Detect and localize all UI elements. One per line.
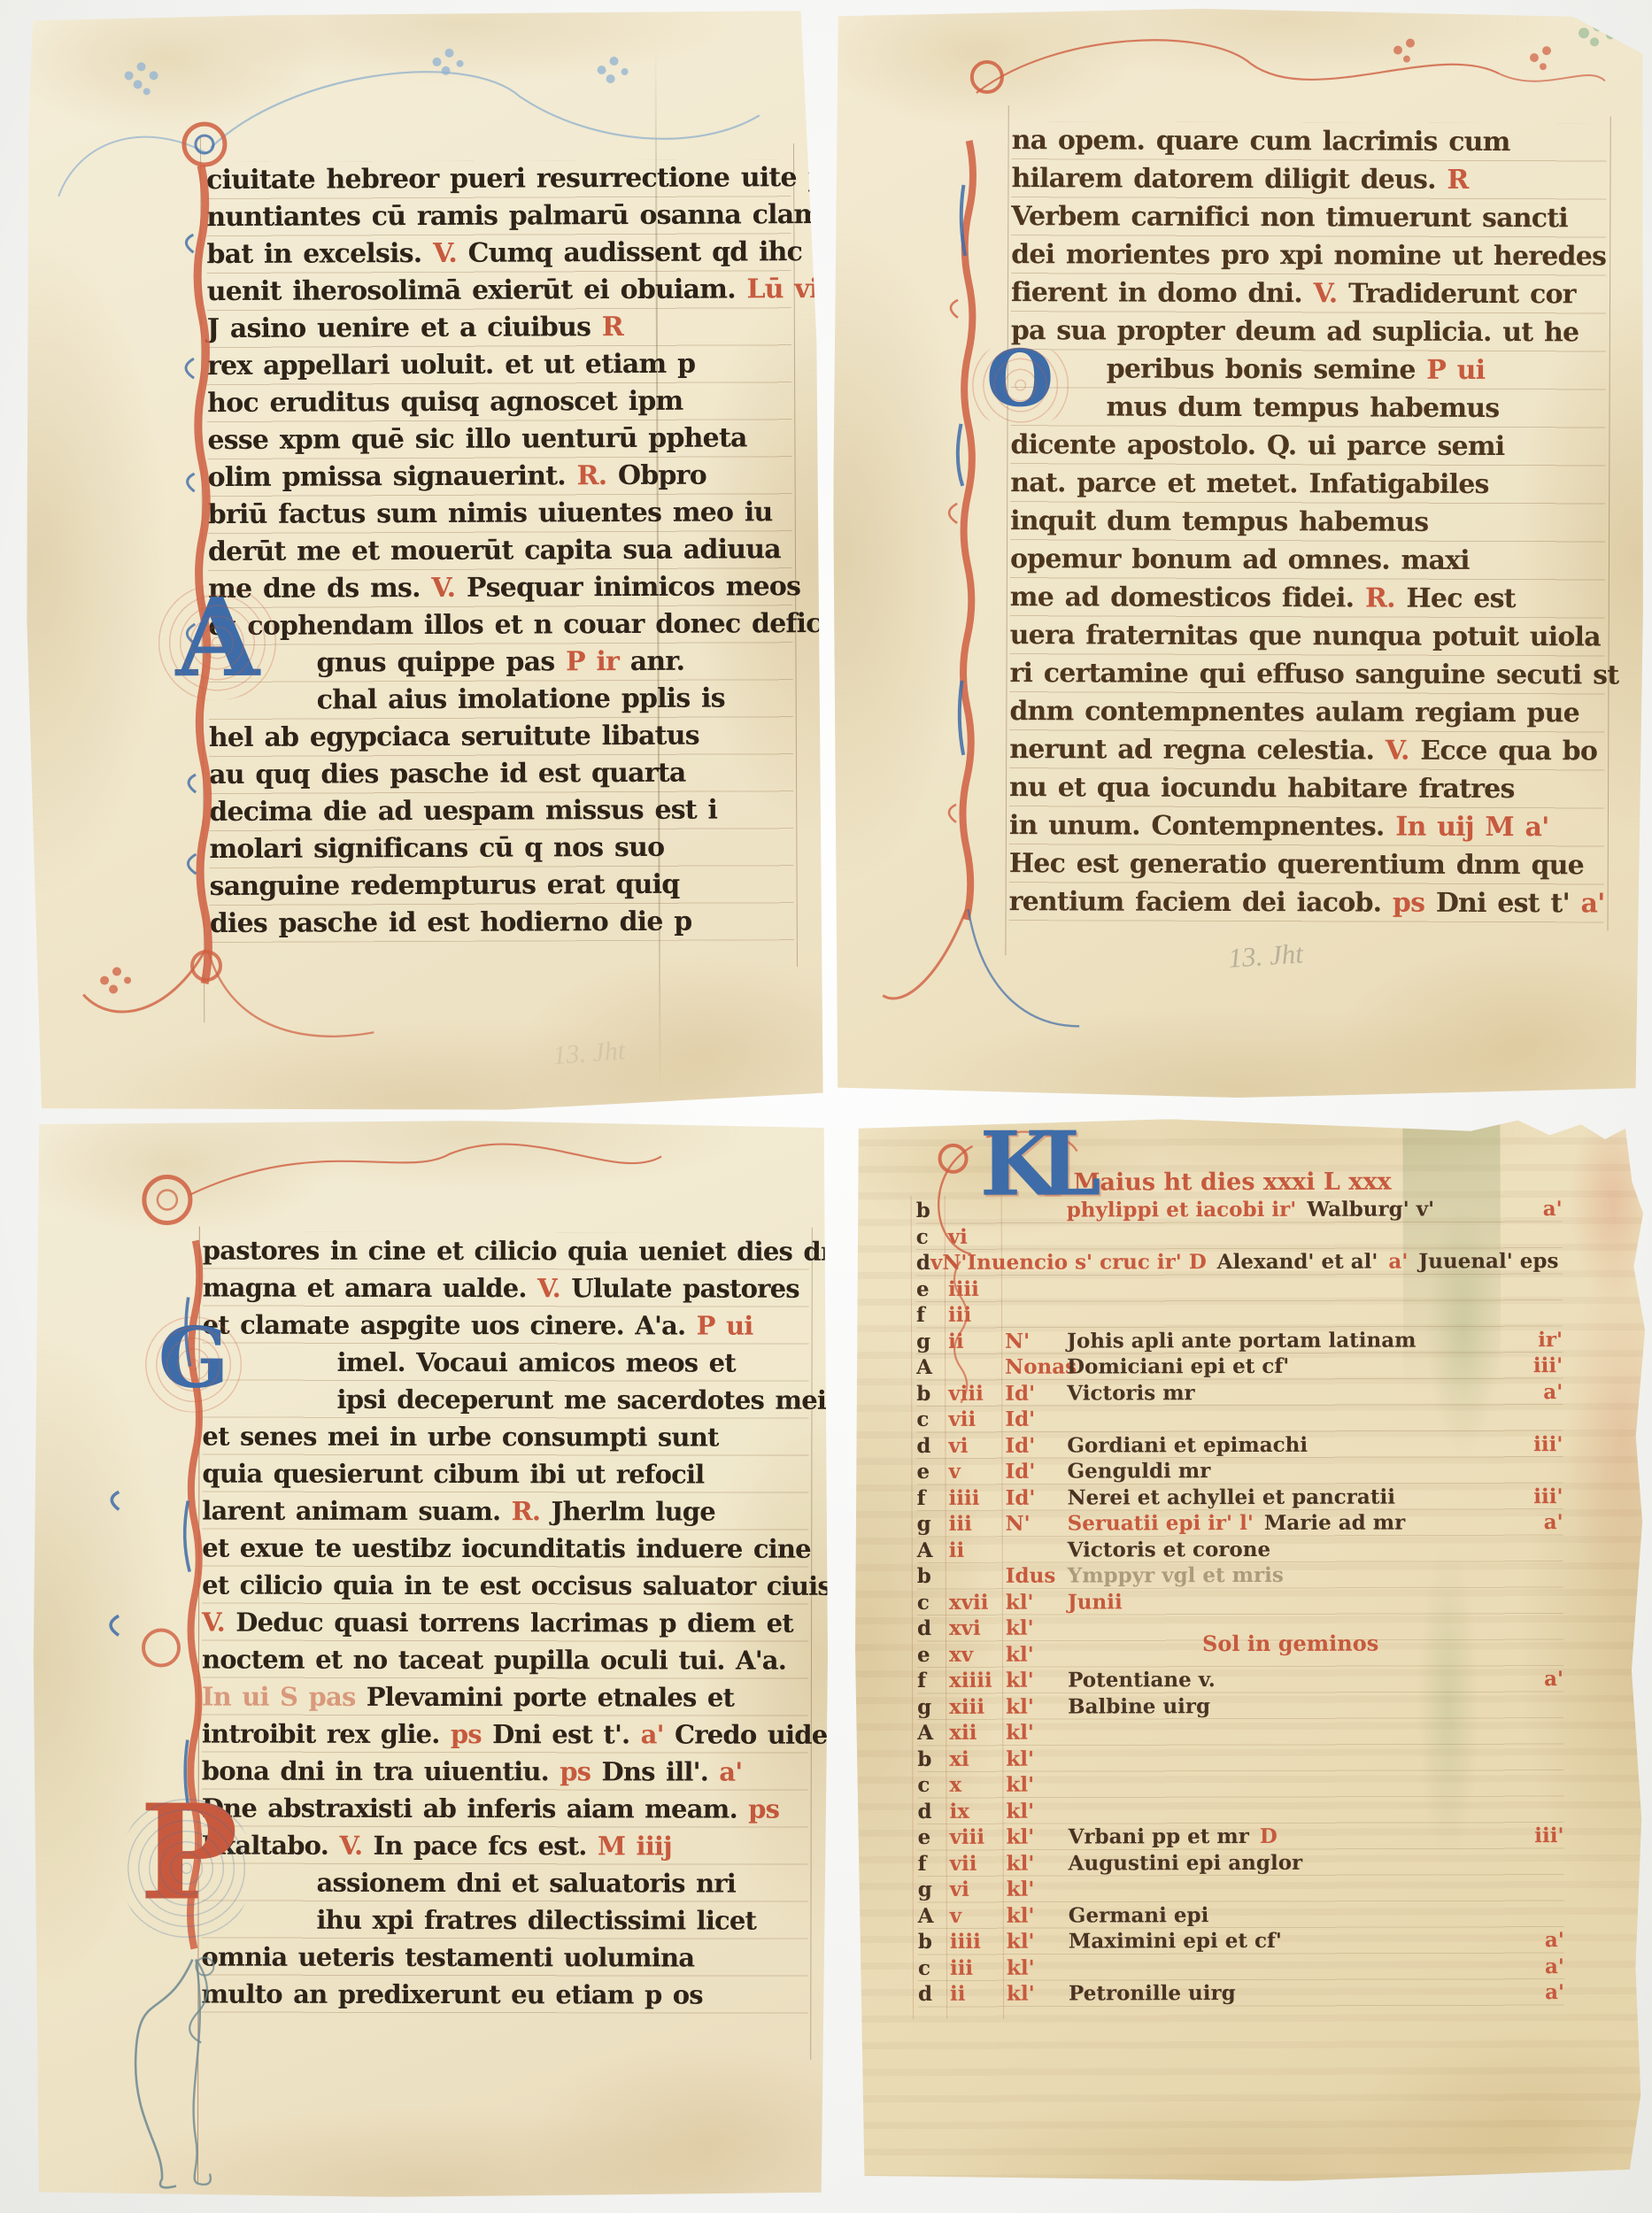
text-block: pastores in cine et cilicio quia ueniet … bbox=[201, 1232, 809, 2014]
dominical-letter: e bbox=[916, 1459, 948, 1485]
kalends-abbreviation: kl' bbox=[1006, 1772, 1068, 1799]
calendar-day-row: d v N' Inuencio s' cruc ir' DAlexand' et… bbox=[916, 1248, 1563, 1276]
feast-entry: Maximini epi et cf' bbox=[1069, 1927, 1502, 1955]
calendar-day-row: b Idus Ymppyr vgl et mris bbox=[917, 1561, 1563, 1589]
calendar-day-row: d vi Id' Gordiani et epimachi iii' bbox=[916, 1431, 1563, 1459]
calendar-day-row: b xi kl' bbox=[917, 1745, 1563, 1772]
margin-grade-note: a' bbox=[1502, 1927, 1564, 1954]
text-segment: R bbox=[1447, 165, 1468, 196]
text-segment: P ui bbox=[697, 1311, 753, 1341]
calendar-day-row: f xiiii kl' Potentiane v. a' bbox=[917, 1666, 1563, 1693]
dominical-letter: b bbox=[917, 1563, 949, 1590]
calendar-entry-segment: Marie ad mr bbox=[1264, 1511, 1405, 1535]
text-segment: Verbem carnifici non timuerunt sancti bbox=[1011, 201, 1568, 234]
manuscript-text-line: chal aius imolatione pplis is bbox=[209, 680, 793, 720]
text-segment: V. bbox=[202, 1608, 235, 1638]
text-segment: olim pmissa signauerint. bbox=[208, 460, 577, 493]
manuscript-text-line: inquit dum tempus habemus bbox=[1010, 502, 1605, 542]
kalends-abbreviation: N' bbox=[942, 1250, 967, 1276]
manuscript-text-line: in unum. Contempnentes. In uij M a' bbox=[1009, 806, 1604, 846]
golden-number: vi bbox=[950, 1877, 1007, 1903]
kalends-abbreviation: kl' bbox=[1007, 1877, 1069, 1903]
feast-entry bbox=[1067, 1424, 1501, 1425]
calendar-day-row: e iiii bbox=[916, 1275, 1563, 1302]
kalends-abbreviation: Id' bbox=[1005, 1380, 1067, 1407]
kalends-abbreviation: kl' bbox=[1006, 1641, 1068, 1668]
dominical-letter: g bbox=[918, 1877, 950, 1903]
text-segment: Ululate pastores bbox=[571, 1273, 799, 1303]
margin-grade-note: iii' bbox=[1502, 1823, 1564, 1849]
text-segment: R. bbox=[576, 460, 618, 491]
dominical-letter: d bbox=[918, 1981, 950, 2008]
manuscript-text-line: hoc eruditus quisq agnoscet ipm bbox=[207, 382, 791, 422]
calendar-entry-segment: a' bbox=[1388, 1250, 1408, 1274]
calendar-entry-segment: Seruatii epi ir' l' bbox=[1068, 1511, 1254, 1536]
text-segment: Psequar inimicos meos bbox=[467, 571, 800, 604]
text-segment: Dni est t'. bbox=[492, 1719, 641, 1749]
dominical-letter: b bbox=[916, 1198, 948, 1224]
manuscript-text-line: V. Deduc quasi torrens lacrimas p diem e… bbox=[202, 1604, 808, 1642]
golden-number: v bbox=[950, 1902, 1007, 1929]
golden-number: xvii bbox=[949, 1589, 1006, 1615]
feast-entry bbox=[1068, 1816, 1501, 1817]
text-segment: fierent in domo dni. bbox=[1011, 277, 1314, 309]
margin-grade-note: ir' bbox=[1501, 1327, 1563, 1353]
text-segment: ri certamine qui effuso sanguine secuti … bbox=[1009, 658, 1618, 690]
calendar-entry-segment: Potentiane v. bbox=[1068, 1668, 1216, 1692]
manuscript-text-line: esse xpm quē sic illo uenturū ppheta bbox=[207, 420, 791, 459]
feast-entry: Potentiane v. bbox=[1068, 1666, 1501, 1693]
calendar-day-row: c x kl' bbox=[917, 1770, 1563, 1798]
calendar-day-row: f vii kl' Augustini epi anglor bbox=[918, 1849, 1564, 1877]
dominical-letter: f bbox=[917, 1484, 949, 1511]
dominical-letter: b bbox=[916, 1380, 948, 1407]
manuscript-text-line: noctem et no taceat pupilla oculi tui. A… bbox=[202, 1641, 808, 1679]
feast-entry: Domiciani epi et cf' bbox=[1067, 1353, 1501, 1380]
feast-entry: Augustini epi anglor bbox=[1069, 1849, 1502, 1877]
manuscript-text-line: molari significans cū q nos suo bbox=[209, 829, 793, 868]
illuminated-initial-A: A bbox=[175, 590, 259, 686]
calendar-entry-segment: Alexand' et al' bbox=[1217, 1250, 1378, 1274]
dominical-letter: d bbox=[916, 1250, 930, 1276]
manuscript-text-line: uera fraternitas que nunqua potuit uiola bbox=[1010, 616, 1605, 656]
feast-entry: Petronille uirg bbox=[1069, 1979, 1502, 2007]
golden-number: vi bbox=[948, 1432, 1005, 1459]
manuscript-text-line: pa sua propter deum ad suplicia. ut he bbox=[1011, 312, 1606, 351]
manuscript-text-line: mus dum tempus habemus bbox=[1011, 388, 1606, 428]
calendar-day-row: A ii Victoris et corone bbox=[917, 1536, 1563, 1563]
text-segment: R. bbox=[512, 1496, 552, 1526]
text-segment: nu et qua iocundu habitare fratres bbox=[1009, 772, 1515, 805]
vellum-surface: pastores in cine et cilicio quia ueniet … bbox=[31, 1120, 829, 2198]
manuscript-text-line: ihu xpi fratres dilectissimi licet bbox=[201, 1901, 807, 1939]
vellum-surface: ciuitate hebreor pueri resurrectione uit… bbox=[24, 11, 822, 1112]
calendar-entry-segment: Balbine uirg bbox=[1068, 1694, 1210, 1718]
manuscript-text-line: decima die ad uespam missus est i bbox=[209, 791, 793, 831]
manuscript-text-line: na opem. quare cum lacrimis cum bbox=[1012, 121, 1607, 161]
calendar-day-row: f iii bbox=[916, 1300, 1563, 1328]
manuscript-text-line: hel ab egypciaca seruitute libatus bbox=[209, 717, 793, 757]
manuscript-text-line: ri certamine qui effuso sanguine secuti … bbox=[1009, 654, 1604, 694]
manuscript-text-line: opemur bonum ad omnes. maxi bbox=[1010, 540, 1605, 580]
calendar-entry-segment: Victoris et corone bbox=[1068, 1537, 1270, 1561]
golden-number: ix bbox=[949, 1798, 1006, 1824]
text-segment: In ui S pas bbox=[202, 1682, 367, 1712]
margin-grade-note: a' bbox=[1501, 1196, 1563, 1222]
text-segment: a' bbox=[641, 1719, 675, 1749]
calendar-day-row: c iii kl' a' bbox=[918, 1954, 1564, 1981]
text-segment: peribus bonis semine bbox=[1107, 353, 1427, 385]
golden-number: viii bbox=[950, 1824, 1007, 1851]
text-segment: na opem. quare cum lacrimis cum bbox=[1012, 125, 1510, 158]
text-segment: P ui bbox=[1426, 355, 1485, 386]
text-segment: dicente apostolo. Q. ui parce semi bbox=[1010, 429, 1504, 462]
text-block: na opem. quare cum lacrimis cum hilarem … bbox=[1009, 121, 1607, 922]
text-segment: dnm contempnentes aulam regiam pue bbox=[1009, 696, 1579, 729]
manuscript-text-line: rentium faciem dei iacob. ps Dni est t' … bbox=[1009, 883, 1604, 922]
text-segment: quia quesierunt cibum ibi ut refocil bbox=[202, 1459, 704, 1490]
manuscript-text-line: fierent in domo dni. V. Tradiderunt cor bbox=[1011, 274, 1606, 313]
golden-number: xi bbox=[949, 1746, 1006, 1772]
kalends-abbreviation: Id' bbox=[1005, 1432, 1067, 1459]
text-segment: assionem dni et saluatoris nri bbox=[317, 1868, 736, 1899]
golden-number: viii bbox=[948, 1380, 1005, 1407]
text-segment: me ad domesticos fidei. bbox=[1010, 582, 1365, 613]
golden-number: v bbox=[948, 1459, 1005, 1485]
manuscript-text-line: nerunt ad regna celestia. V. Ecce qua bo bbox=[1009, 730, 1604, 770]
text-segment: au quq dies pasche id est quarta bbox=[209, 758, 686, 790]
margin-grade-note: a' bbox=[1501, 1379, 1563, 1406]
text-segment: larent animam suam. bbox=[202, 1496, 511, 1527]
golden-number: iiii bbox=[948, 1276, 1005, 1302]
text-segment: ps bbox=[560, 1756, 601, 1786]
feast-entry: Seruatii epi ir' l'Marie ad mr bbox=[1068, 1509, 1501, 1537]
dominical-letter: g bbox=[917, 1511, 949, 1538]
manuscript-text-line: dei morientes pro xpi nomine ut heredes bbox=[1011, 235, 1606, 275]
text-segment: Ecce qua bo bbox=[1420, 736, 1597, 767]
dominical-letter: g bbox=[917, 1693, 949, 1720]
golden-number: vii bbox=[948, 1407, 1005, 1433]
feast-entry: Nerei et achyllei et pancratii bbox=[1068, 1484, 1501, 1511]
calendar-entry-segment: Ymppyr vgl et mris bbox=[1068, 1563, 1284, 1588]
golden-number: xv bbox=[949, 1641, 1006, 1668]
dominical-letter: A bbox=[917, 1537, 949, 1563]
illuminated-initial-G: G bbox=[158, 1322, 229, 1395]
feast-entry: Victoris et corone bbox=[1068, 1536, 1501, 1563]
text-segment: briū factus sum nimis uiuentes meo iu bbox=[208, 497, 773, 530]
text-segment: bona dni in tra uiuentiu. bbox=[202, 1756, 560, 1787]
calendar-entry-segment: Maximini epi et cf' bbox=[1069, 1929, 1282, 1954]
golden-number: xvi bbox=[949, 1615, 1006, 1642]
text-segment: ihu xpi fratres dilectissimi licet bbox=[316, 1905, 756, 1936]
text-segment: In pace fcs est. bbox=[374, 1831, 598, 1861]
golden-number: iii bbox=[948, 1302, 1005, 1329]
manuscript-leaf-top-left: ciuitate hebreor pueri resurrectione uit… bbox=[24, 11, 822, 1112]
manuscript-text-line: multo an predixerunt eu etiam p os bbox=[201, 1976, 807, 2014]
manuscript-text-line: me ad domesticos fidei. R. Hec est bbox=[1010, 578, 1605, 618]
manuscript-text-line: pastores in cine et cilicio quia ueniet … bbox=[203, 1232, 809, 1270]
dominical-letter: f bbox=[916, 1302, 948, 1329]
golden-number: iii bbox=[950, 1955, 1007, 1981]
calendar-day-row: g ii N' Johis apli ante portam latinam i… bbox=[916, 1327, 1563, 1354]
manuscript-text-line: Verbem carnifici non timuerunt sancti bbox=[1011, 197, 1606, 237]
kalends-abbreviation: kl' bbox=[1006, 1589, 1068, 1615]
text-segment: R bbox=[602, 312, 623, 343]
golden-number: xiii bbox=[949, 1693, 1006, 1720]
manuscript-text-line: et cophendam illos et n couar donec defi… bbox=[208, 605, 792, 645]
golden-number: iii bbox=[949, 1511, 1006, 1538]
kalends-abbreviation: kl' bbox=[1006, 1693, 1068, 1720]
feast-entry bbox=[1068, 1738, 1501, 1739]
kalends-abbreviation: kl' bbox=[1007, 1955, 1069, 1981]
dominical-letter: A bbox=[917, 1720, 949, 1746]
manuscript-text-line: sanguine redempturus erat quiq bbox=[210, 866, 794, 906]
text-segment: et cophendam illos et n couar donec defi… bbox=[208, 608, 822, 642]
dominical-letter: e bbox=[916, 1276, 948, 1302]
feast-entry bbox=[1068, 1790, 1501, 1791]
text-segment: V. bbox=[433, 238, 468, 269]
text-segment: magna et amara ualde. bbox=[203, 1273, 537, 1304]
golden-number: ii bbox=[948, 1328, 1005, 1354]
text-segment: mus dum tempus habemus bbox=[1107, 391, 1500, 424]
manuscript-text-line: nuntiantes cū ramis palmarū osanna clama bbox=[206, 197, 791, 236]
manuscript-text-line: assionem dni et saluatoris nri bbox=[202, 1864, 808, 1902]
text-segment: sanguine redempturus erat quiq bbox=[210, 869, 680, 902]
manuscript-text-line: dies pasche id est hodierno die p bbox=[210, 903, 794, 943]
calendar-entry-segment: Johis apli ante portam latinam bbox=[1067, 1328, 1416, 1353]
calendar-day-row: e viii kl' Vrbani pp et mrD iii' bbox=[918, 1823, 1564, 1850]
calendar-day-row: b iiii kl' Maximini epi et cf' a' bbox=[918, 1927, 1564, 1955]
text-segment: V. bbox=[537, 1273, 571, 1303]
calendar-day-row: g iii N' Seruatii epi ir' l'Marie ad mr … bbox=[917, 1509, 1563, 1537]
text-segment: Dni est t' bbox=[1436, 888, 1581, 920]
dominical-letter: d bbox=[916, 1432, 948, 1459]
calendar-month-heading: Maius ht dies xxxi L xxx bbox=[1074, 1168, 1392, 1197]
golden-number: xiiii bbox=[949, 1668, 1006, 1694]
kalends-abbreviation: Id' bbox=[1005, 1459, 1067, 1485]
pencil-annotation: 13. Jht bbox=[552, 1036, 626, 1071]
dominical-letter: A bbox=[918, 1902, 950, 1929]
text-segment: V. bbox=[431, 573, 467, 604]
manuscript-text-line: In ui S pas Plevamini porte etnales et bbox=[202, 1678, 808, 1716]
kalends-abbreviation: kl' bbox=[1007, 1824, 1069, 1851]
text-segment: anr. bbox=[619, 646, 684, 677]
feast-entry: Ymppyr vgl et mris bbox=[1068, 1561, 1501, 1589]
text-segment: Hec est generatio querentium dnm que bbox=[1009, 848, 1584, 881]
manuscript-text-line: quia quesierunt cibum ibi ut refocil bbox=[202, 1455, 808, 1493]
calendar-day-row: c vi bbox=[916, 1222, 1563, 1250]
kalends-abbreviation: kl' bbox=[1006, 1668, 1068, 1694]
text-segment: noctem et no taceat pupilla oculi tui. A… bbox=[202, 1645, 786, 1676]
calendar-entry-segment: Augustini epi anglor bbox=[1069, 1850, 1303, 1875]
text-segment: V. bbox=[339, 1831, 373, 1861]
text-segment: Credo uide bbox=[675, 1719, 827, 1749]
text-block: ciuitate hebreor pueri resurrectione uit… bbox=[206, 159, 794, 943]
text-segment: gnus quippe pas bbox=[316, 646, 566, 678]
kalends-abbreviation: kl' bbox=[1006, 1746, 1068, 1772]
text-segment: hilarem datorem diligit deus. bbox=[1011, 163, 1447, 196]
calendar-column-rule bbox=[911, 1196, 914, 2019]
calendar-day-row: g vi kl' bbox=[918, 1875, 1564, 1902]
manuscript-text-line: Hec est generatio querentium dnm que bbox=[1009, 844, 1604, 884]
manuscript-text-line: me dne ds ms. V. Psequar inimicos meos bbox=[208, 568, 792, 608]
text-segment: ciuitate hebreor pueri resurrectione uit… bbox=[206, 162, 823, 196]
dominical-letter: d bbox=[917, 1798, 949, 1824]
calendar-day-row: A xii kl' bbox=[917, 1718, 1563, 1746]
kalends-abbreviation: kl' bbox=[1006, 1615, 1068, 1642]
calendar-entry-segment: Petronille uirg bbox=[1069, 1981, 1236, 2005]
text-segment: nuntiantes cū ramis palmarū osanna clama bbox=[206, 199, 822, 233]
feast-entry bbox=[1069, 1894, 1502, 1895]
text-segment: V. bbox=[1313, 278, 1348, 309]
golden-number: vii bbox=[950, 1850, 1007, 1877]
text-segment: Lū vi bbox=[746, 274, 818, 305]
manuscript-leaf-bottom-right-calendar: KL Maius ht dies xxxi L xxx b phylippi e… bbox=[853, 1118, 1647, 2182]
manuscript-leaf-bottom-left: pastores in cine et cilicio quia ueniet … bbox=[31, 1120, 829, 2198]
feast-entry bbox=[1069, 1973, 1502, 1974]
text-segment: et exue te uestibz iocunditatis induere … bbox=[202, 1533, 811, 1564]
feast-entry bbox=[1067, 1294, 1501, 1295]
text-segment: molari significans cū q nos suo bbox=[209, 832, 664, 865]
calendar-day-row: d ix kl' bbox=[917, 1797, 1563, 1824]
text-segment: uenit iherosolimā exierūt ei obuiam. bbox=[207, 274, 747, 307]
manuscript-text-line: et clamate aspgite uos cinere. A'a. P ui bbox=[203, 1307, 809, 1345]
text-segment: Jherlm luge bbox=[552, 1496, 715, 1526]
text-segment: et cilicio quia in te est occisus saluat… bbox=[202, 1570, 829, 1601]
margin-ruling-right bbox=[810, 1228, 813, 2060]
text-segment: introibit rex glie. bbox=[202, 1719, 451, 1749]
manuscript-text-line: peribus bonis semine P ui bbox=[1011, 350, 1606, 389]
dominical-letter: c bbox=[916, 1223, 948, 1250]
dominical-letter: f bbox=[917, 1668, 949, 1694]
manuscript-text-line: J asino uenire et a ciuibus R bbox=[207, 308, 791, 348]
photo-backdrop: { "description": "Four medieval manuscri… bbox=[0, 0, 1652, 2213]
golden-number: iiii bbox=[949, 1484, 1006, 1511]
text-segment: R. bbox=[1365, 582, 1407, 613]
golden-number: x bbox=[949, 1772, 1006, 1799]
manuscript-text-line: dnm contempnentes aulam regiam pue bbox=[1009, 692, 1604, 732]
feast-entry bbox=[1067, 1320, 1501, 1321]
calendar-day-row: b viii Id' Victoris mr a' bbox=[916, 1379, 1563, 1407]
dominical-letter: c bbox=[917, 1772, 949, 1799]
calendar-day-row: e v Id' Genguldi mr bbox=[916, 1457, 1563, 1484]
feast-entry: Inuencio s' cruc ir' DAlexand' et al'a'J… bbox=[967, 1248, 1558, 1276]
text-segment: In uij M a' bbox=[1395, 812, 1548, 844]
calendar-day-row: f iiii Id' Nerei et achyllei et pancrati… bbox=[917, 1484, 1563, 1511]
manuscript-text-line: ciuitate hebreor pueri resurrectione uit… bbox=[206, 159, 791, 199]
text-segment: esse xpm quē sic illo uenturū ppheta bbox=[207, 422, 746, 456]
calendar-entry-segment: Genguldi mr bbox=[1067, 1459, 1210, 1483]
golden-number: ii bbox=[949, 1537, 1006, 1563]
text-segment: rentium faciem dei iacob. bbox=[1009, 886, 1393, 919]
text-segment: pastores in cine et cilicio quia ueniet … bbox=[203, 1236, 829, 1267]
manuscript-text-line: Dne abstraxisti ab inferis aiam meam. ps bbox=[202, 1790, 808, 1828]
text-segment: Cumq audissent qd ihc bbox=[468, 236, 803, 269]
kalends-abbreviation: kl' bbox=[1007, 1929, 1069, 1955]
calendar-day-row: A v kl' Germani epi bbox=[918, 1901, 1564, 1929]
dominical-letter: e bbox=[918, 1824, 950, 1851]
calendar-day-row: d ii kl' Petronille uirg a' bbox=[918, 1979, 1564, 2007]
text-segment: omnia ueteris testamenti uolumina bbox=[201, 1942, 694, 1973]
text-segment: hoc eruditus quisq agnoscet ipm bbox=[207, 386, 683, 419]
dominical-letter: g bbox=[916, 1328, 948, 1354]
kalends-abbreviation: Idus bbox=[1006, 1563, 1068, 1590]
manuscript-text-line: nu et qua iocundu habitare fratres bbox=[1009, 768, 1604, 808]
text-segment: chal aius imolatione pplis is bbox=[317, 683, 725, 716]
manuscript-text-line: bat in excelsis. V. Cumq audissent qd ih… bbox=[206, 234, 791, 274]
kalends-abbreviation: kl' bbox=[1007, 1902, 1069, 1929]
golden-number: vi bbox=[948, 1223, 1005, 1250]
text-segment: decima die ad uespam missus est i bbox=[209, 795, 717, 829]
text-segment: Dns ill'. bbox=[601, 1756, 719, 1786]
kalends-abbreviation: Nonas bbox=[1005, 1354, 1067, 1381]
calendar-entry-segment: Vrbani pp et mr bbox=[1069, 1824, 1249, 1849]
manuscript-text-line: et cilicio quia in te est occisus saluat… bbox=[202, 1567, 808, 1605]
vellum-surface: na opem. quare cum lacrimis cum hilarem … bbox=[831, 7, 1646, 1099]
calendar-entry-segment: Inuencio s' cruc ir' D bbox=[967, 1250, 1206, 1275]
text-segment: Plevamini porte etnales et bbox=[367, 1682, 734, 1713]
manuscript-text-line: hilarem datorem diligit deus. R bbox=[1011, 159, 1606, 199]
illuminated-initial-P: P bbox=[140, 1794, 239, 1909]
calendar-entry-segment: D bbox=[1260, 1824, 1278, 1848]
kalends-abbreviation: N' bbox=[1006, 1511, 1068, 1538]
dominical-letter: f bbox=[918, 1850, 950, 1877]
manuscript-text-line: gnus quippe pas P ir anr. bbox=[208, 643, 792, 682]
dominical-letter: b bbox=[917, 1746, 949, 1772]
margin-grade-note: a' bbox=[1501, 1509, 1563, 1536]
kalends-abbreviation: kl' bbox=[1006, 1720, 1068, 1746]
text-segment: P ir bbox=[566, 646, 619, 677]
manuscript-leaf-top-right: na opem. quare cum lacrimis cum hilarem … bbox=[831, 7, 1646, 1099]
manuscript-text-line: bona dni in tra uiuentiu. ps Dns ill'. a… bbox=[202, 1753, 808, 1791]
manuscript-text-line: larent animam suam. R. Jherlm luge bbox=[202, 1492, 808, 1531]
feast-entry: Victoris mr bbox=[1067, 1379, 1501, 1407]
calendar-rows: b phylippi et iacobi ir'Walburg' v' a' c… bbox=[916, 1196, 1564, 2007]
manuscript-text-line: nat. parce et metet. Infatigabiles bbox=[1010, 464, 1605, 504]
calendar-entry-segment: Germani epi bbox=[1069, 1903, 1209, 1927]
dominical-letter: c bbox=[917, 1589, 949, 1615]
feast-entry: Germani epi bbox=[1069, 1901, 1502, 1929]
text-segment: derūt me et mouerūt capita sua adiuua bbox=[208, 534, 781, 567]
text-segment: in unum. Contempnentes. bbox=[1009, 810, 1395, 843]
dominical-letter: c bbox=[916, 1407, 948, 1433]
margin-grade-note: a' bbox=[1501, 1666, 1563, 1693]
zodiac-note: Sol in geminos bbox=[1202, 1631, 1378, 1657]
golden-number: xii bbox=[949, 1720, 1006, 1746]
kalends-abbreviation: kl' bbox=[1007, 1850, 1069, 1877]
text-segment: et senes mei in urbe consumpti sunt bbox=[202, 1422, 718, 1453]
feast-entry: Gordiani et epimachi bbox=[1067, 1431, 1501, 1459]
dominical-letter: d bbox=[917, 1615, 949, 1642]
calendar-day-row: c xvii kl' Junii bbox=[917, 1588, 1563, 1615]
text-segment: rex appellari uoluit. et ut etiam p bbox=[207, 349, 695, 382]
text-segment: bat in excelsis. bbox=[206, 238, 433, 270]
feast-entry: Johis apli ante portam latinam bbox=[1067, 1327, 1501, 1354]
text-segment: multo an predixerunt eu etiam p os bbox=[201, 1979, 703, 2010]
text-segment: J asino uenire et a ciuibus bbox=[207, 312, 602, 344]
dominical-letter: e bbox=[917, 1641, 949, 1668]
manuscript-text-line: magna et amara ualde. V. Ululate pastore… bbox=[203, 1269, 809, 1307]
dominical-letter: A bbox=[916, 1354, 948, 1381]
golden-number: ii bbox=[950, 1981, 1007, 2008]
feast-entry bbox=[1068, 1660, 1501, 1661]
text-segment: et clamate aspgite uos cinere. A'a. bbox=[203, 1310, 697, 1341]
manuscript-text-line: omnia ueteris testamenti uolumina bbox=[201, 1939, 807, 1977]
calendar-day-row: g xiii kl' Balbine uirg bbox=[917, 1693, 1563, 1720]
text-segment: nerunt ad regna celestia. bbox=[1009, 734, 1386, 766]
dominical-letter: c bbox=[918, 1955, 950, 1981]
calendar-entry-segment: Juuenal' eps bbox=[1418, 1249, 1558, 1273]
